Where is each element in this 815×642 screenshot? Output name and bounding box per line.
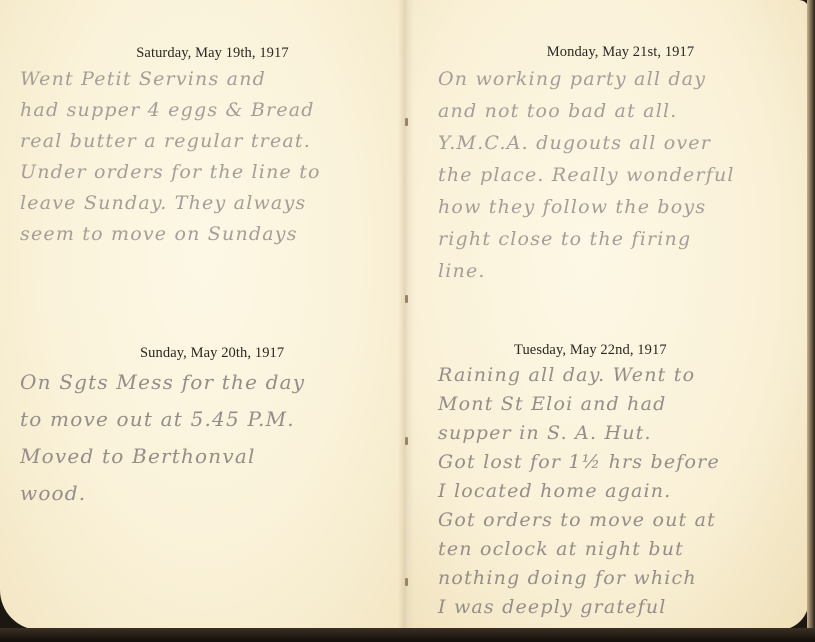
handwritten-line: ten oclock at night but (438, 535, 803, 564)
handwritten-line: Raining all day. Went to (438, 361, 803, 390)
entry-date: Saturday, May 19th, 1917 (20, 45, 395, 62)
entry-date: Tuesday, May 22nd, 1917 (438, 342, 803, 359)
handwritten-line: Moved to Berthonval (20, 438, 395, 475)
handwritten-line: Under orders for the line to (20, 157, 395, 188)
handwritten-line: real butter a regular treat. (20, 126, 395, 157)
handwritten-line: how they follow the boys (438, 191, 803, 223)
binding-stitch (405, 578, 408, 586)
diary-entry-may-19: Saturday, May 19th, 1917 Went Petit Serv… (20, 45, 395, 250)
handwritten-line: wood. (20, 475, 395, 512)
handwritten-line: nothing doing for which (438, 564, 803, 593)
handwritten-line: On working party all day (438, 63, 803, 95)
binding-stitch (405, 437, 408, 445)
entry-handwriting: Went Petit Servins and had supper 4 eggs… (20, 64, 395, 250)
binding-stitch (405, 295, 408, 303)
entry-date: Monday, May 21st, 1917 (438, 44, 803, 61)
book-gutter (398, 0, 414, 630)
entry-date: Sunday, May 20th, 1917 (20, 345, 395, 362)
diary-entry-may-22: Tuesday, May 22nd, 1917 Raining all day.… (438, 342, 803, 622)
handwritten-line: Went Petit Servins and (20, 64, 395, 95)
binding-stitch (405, 118, 408, 126)
book-cover-edge-right (807, 0, 815, 642)
entry-handwriting: On working party all day and not too bad… (438, 63, 803, 287)
handwritten-line: had supper 4 eggs & Bread (20, 95, 395, 126)
handwritten-line: leave Sunday. They always (20, 188, 395, 219)
entry-handwriting: Raining all day. Went to Mont St Eloi an… (438, 361, 803, 622)
left-page: Saturday, May 19th, 1917 Went Petit Serv… (0, 0, 406, 630)
diary-entry-may-20: Sunday, May 20th, 1917 On Sgts Mess for … (20, 345, 395, 512)
handwritten-line: and not too bad at all. (438, 95, 803, 127)
handwritten-line: Got orders to move out at (438, 506, 803, 535)
handwritten-line: line. (438, 255, 803, 287)
handwritten-line: supper in S. A. Hut. (438, 419, 803, 448)
diary-spread: Saturday, May 19th, 1917 Went Petit Serv… (0, 0, 815, 642)
handwritten-line: to move out at 5.45 P.M. (20, 401, 395, 438)
book-cover-edge-bottom (0, 628, 815, 642)
handwritten-line: Mont St Eloi and had (438, 390, 803, 419)
handwritten-line: seem to move on Sundays (20, 219, 395, 250)
handwritten-line: I located home again. (438, 477, 803, 506)
handwritten-line: Y.M.C.A. dugouts all over (438, 127, 803, 159)
entry-handwriting: On Sgts Mess for the day to move out at … (20, 364, 395, 512)
diary-entry-may-21: Monday, May 21st, 1917 On working party … (438, 44, 803, 287)
handwritten-line: right close to the firing (438, 223, 803, 255)
handwritten-line: On Sgts Mess for the day (20, 364, 395, 401)
handwritten-line: Got lost for 1½ hrs before (438, 448, 803, 477)
handwritten-line: the place. Really wonderful (438, 159, 803, 191)
handwritten-line: I was deeply grateful (438, 593, 803, 622)
